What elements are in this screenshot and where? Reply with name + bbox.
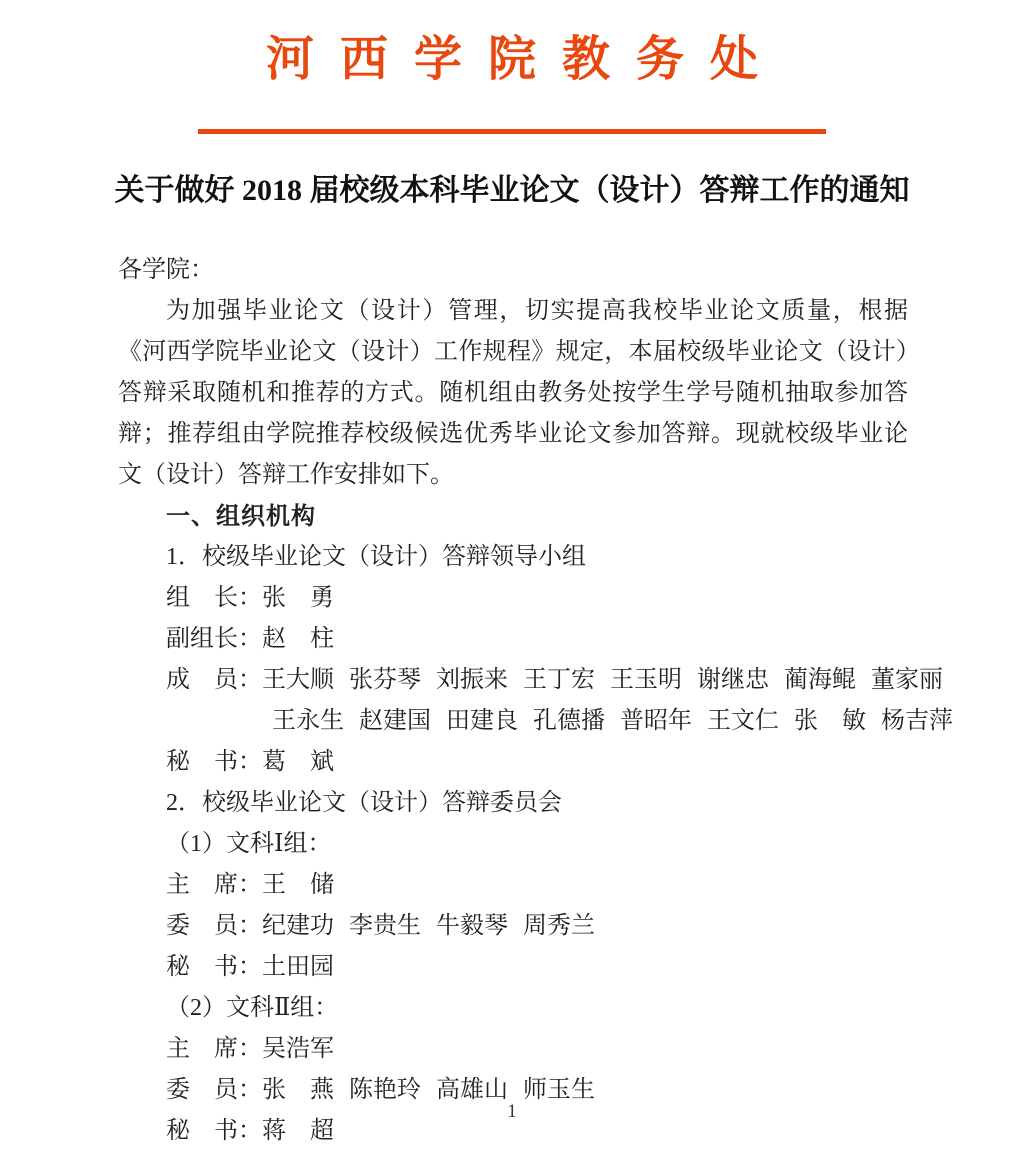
- page-number: 1: [0, 1101, 1024, 1123]
- role-line-deputy-leader: 副组长：赵 柱: [166, 619, 908, 660]
- section-heading-organization: 一、组织机构: [166, 496, 908, 537]
- group-heading-liberal-arts-1: （1）文科Ⅰ组：: [166, 824, 908, 865]
- intro-paragraph: 为加强毕业论文（设计）管理，切实提高我校毕业论文质量，根据《河西学院毕业论文（设…: [118, 291, 908, 496]
- letterhead-divider-rule: [198, 129, 826, 134]
- role-line-group-leader: 组 长：张 勇: [166, 578, 908, 619]
- role-line-members-row2: 王永生 赵建国 田建良 孔德播 普昭年 王文仁 张 敏 杨吉萍: [166, 701, 908, 742]
- notice-body: 各学院： 为加强毕业论文（设计）管理，切实提高我校毕业论文质量，根据《河西学院毕…: [118, 250, 908, 1152]
- role-line-members-row1: 成 员：王大顺 张芬琴 刘振来 王丁宏 王玉明 谢继忠 蔺海鲲 董家丽: [166, 660, 908, 701]
- role-line-secretary-2: 秘 书：土田园: [166, 947, 908, 988]
- subsection-leadership-group: 1．校级毕业论文（设计）答辩领导小组: [166, 537, 908, 578]
- role-line-secretary-1: 秘 书：葛 斌: [166, 742, 908, 783]
- group-heading-liberal-arts-2: （2）文科Ⅱ组：: [166, 988, 908, 1029]
- document-page: 河西学院教务处 关于做好 2018 届校级本科毕业论文（设计）答辩工作的通知 各…: [0, 0, 1024, 1165]
- role-line-chair-2: 主 席：吴浩军: [166, 1029, 908, 1070]
- subsection-defense-committee: 2．校级毕业论文（设计）答辩委员会: [166, 783, 908, 824]
- organization-section: 一、组织机构 1．校级毕业论文（设计）答辩领导小组 组 长：张 勇 副组长：赵 …: [118, 496, 908, 1152]
- role-line-committee-1: 委 员：纪建功 李贵生 牛毅琴 周秀兰: [166, 906, 908, 947]
- role-line-chair-1: 主 席：王 储: [166, 865, 908, 906]
- org-letterhead-title: 河西学院教务处: [0, 34, 1024, 86]
- salutation-line: 各学院：: [118, 250, 908, 291]
- notice-title: 关于做好 2018 届校级本科毕业论文（设计）答辩工作的通知: [0, 172, 1024, 210]
